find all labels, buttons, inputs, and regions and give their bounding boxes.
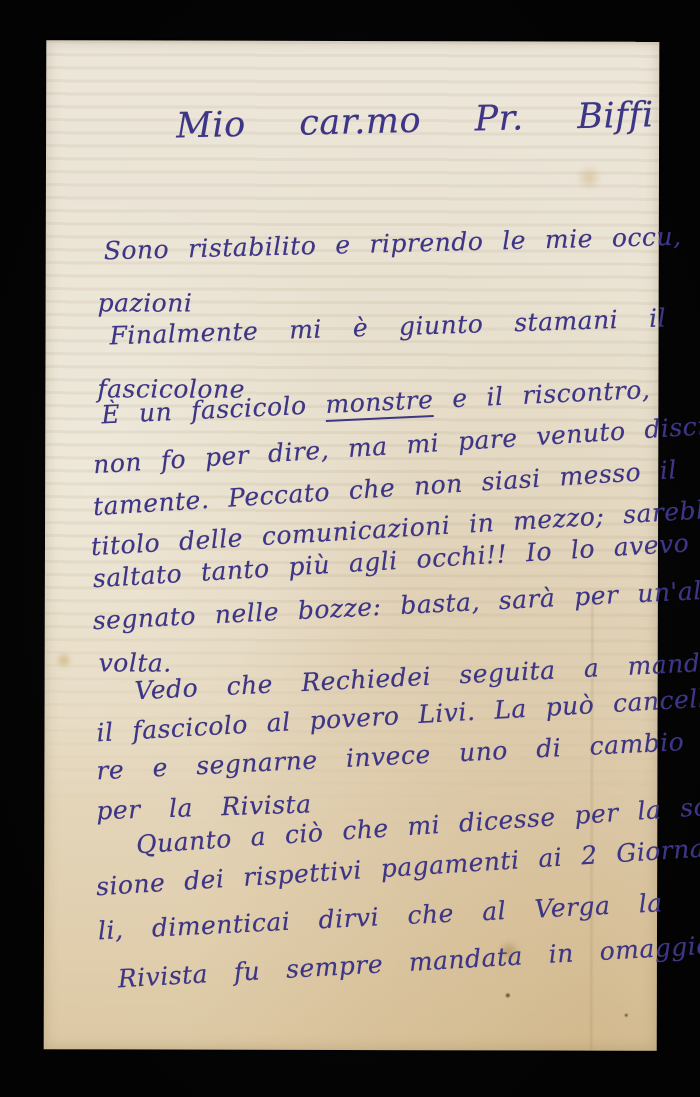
foxing-stain [55,652,73,668]
underlined-word: monstre [325,385,434,422]
letter-line: volta. [99,648,172,677]
letter-line: pazioni [98,288,193,317]
ink-speck [506,993,510,997]
photo-background: Mio car.mo Pr. Biffi Sono ristabilito e … [0,0,700,1097]
letter-paper: Mio car.mo Pr. Biffi Sono ristabilito e … [44,40,660,1051]
foxing-stain [574,166,604,190]
ink-speck [625,1014,628,1017]
